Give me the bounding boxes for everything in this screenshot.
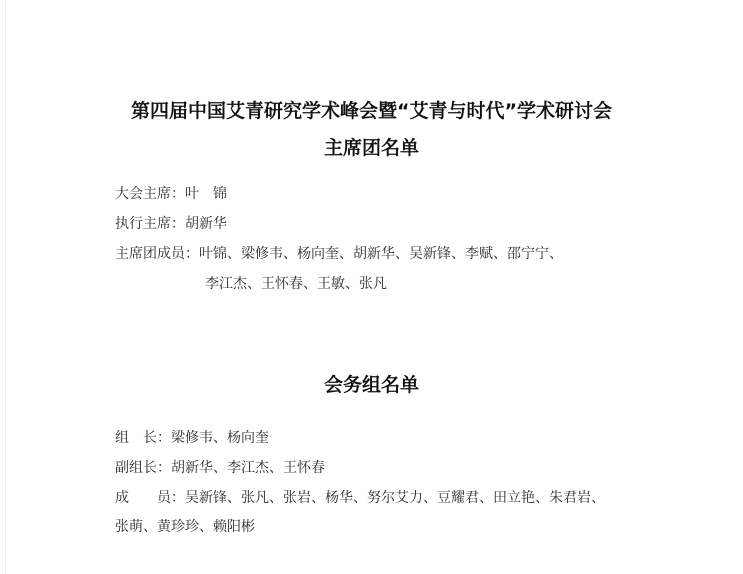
row-label: 组 长： (115, 430, 171, 446)
document-title: 第四届中国艾青研究学术峰会暨“艾青与时代”学术研讨会 (0, 96, 743, 123)
presidium-row-executive-chair: 执行主席：胡新华 (115, 215, 227, 233)
page-edge-divider (5, 0, 6, 574)
presidium-row-chair: 大会主席：叶 锦 (115, 185, 227, 203)
presidium-row-members: 主席团成员：叶锦、梁修韦、杨向奎、胡新华、吴新锋、李赋、邵宁宁、 (115, 245, 563, 263)
row-value: 叶 锦 (185, 186, 227, 202)
affairs-row-leader: 组 长：梁修韦、杨向奎 (115, 429, 269, 447)
affairs-row-members: 成 员：吴新锋、张凡、张岩、杨华、努尔艾力、豆耀君、田立艳、朱君岩、 (115, 489, 605, 507)
presidium-heading: 主席团名单 (0, 133, 743, 160)
row-value: 胡新华 (185, 216, 227, 232)
row-value: 胡新华、李江杰、王怀春 (171, 460, 325, 476)
row-label: 大会主席： (115, 186, 185, 202)
affairs-members-continuation: 张萌、黄珍珍、赖阳彬 (115, 518, 255, 536)
row-label: 成 员： (115, 490, 185, 506)
row-label: 执行主席： (115, 216, 185, 232)
presidium-members-continuation: 李江杰、王怀春、王敏、张凡 (205, 275, 387, 293)
affairs-row-deputy-leader: 副组长：胡新华、李江杰、王怀春 (115, 459, 325, 477)
affairs-group-heading: 会务组名单 (0, 370, 743, 397)
row-value: 梁修韦、杨向奎 (171, 430, 269, 446)
row-value: 吴新锋、张凡、张岩、杨华、努尔艾力、豆耀君、田立艳、朱君岩、 (185, 490, 605, 506)
row-label: 副组长： (115, 460, 171, 476)
row-value: 叶锦、梁修韦、杨向奎、胡新华、吴新锋、李赋、邵宁宁、 (199, 246, 563, 262)
row-label: 主席团成员： (115, 246, 199, 262)
